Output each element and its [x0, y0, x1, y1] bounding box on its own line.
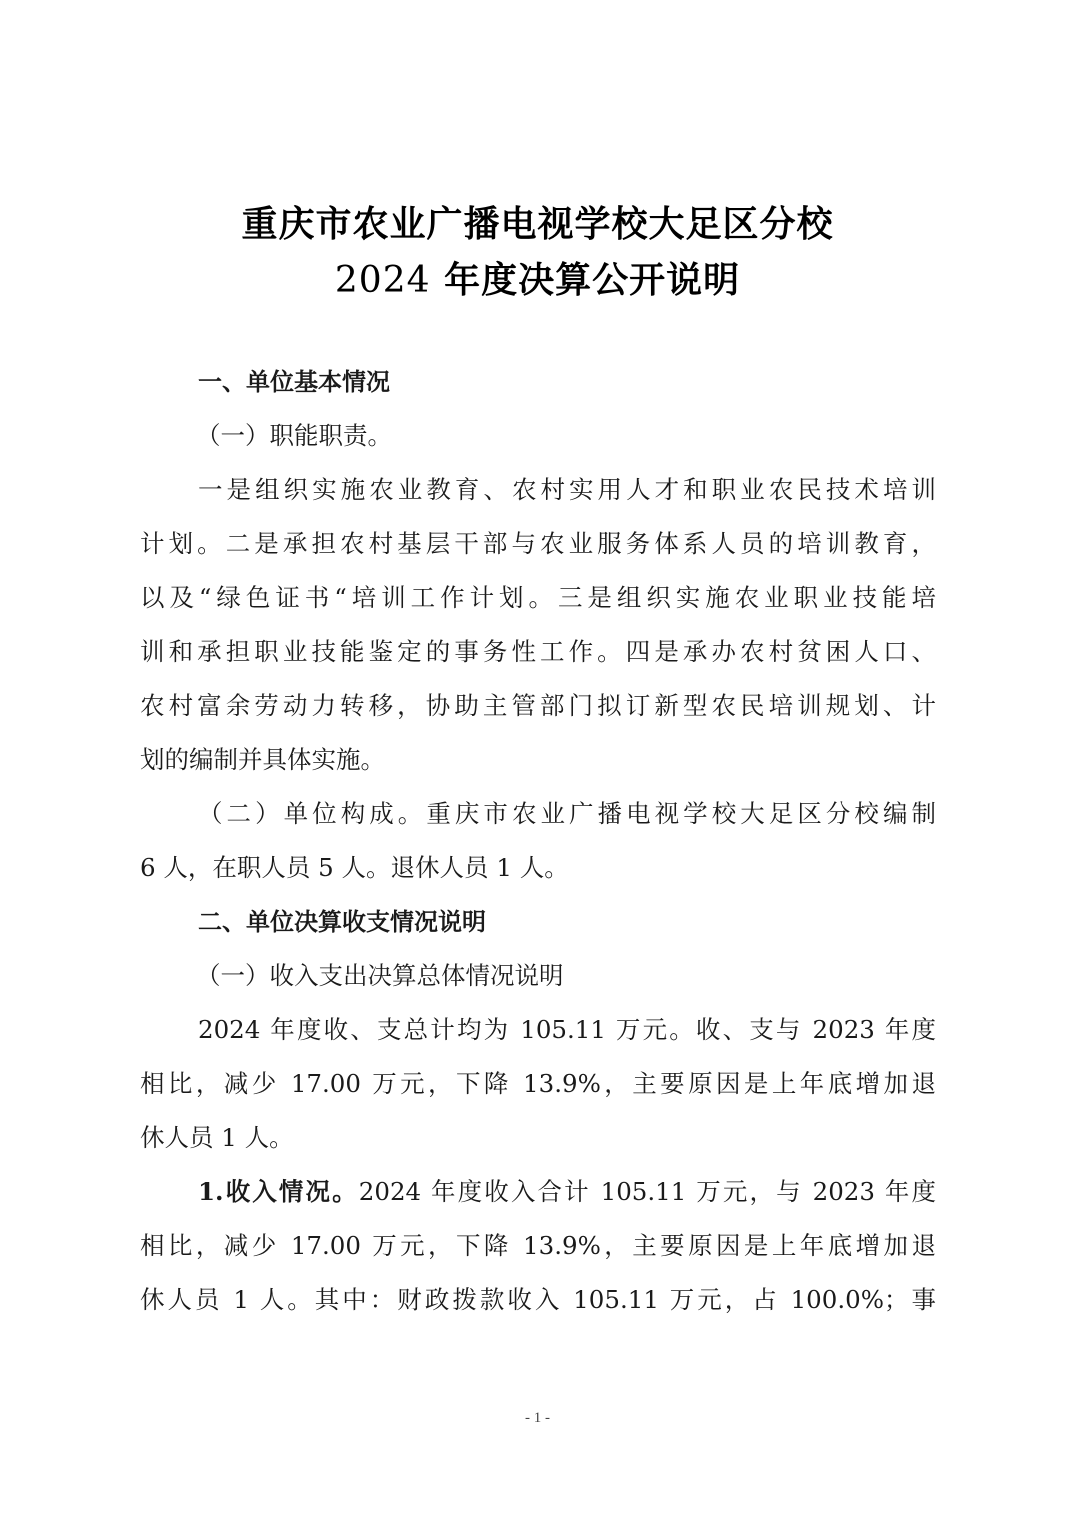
paragraph-line: 休人员 1 人。其中：财政拨款收入 105.11 万元，占 100.0%；事	[140, 1284, 936, 1316]
section-heading-basic-info: 一、单位基本情况	[198, 366, 936, 398]
paragraph-line: 休人员 1 人。	[140, 1122, 936, 1154]
paragraph-line: 6 人，在职人员 5 人。退休人员 1 人。	[140, 852, 936, 884]
paragraph-line: 训和承担职业技能鉴定的事务性工作。四是承办农村贫困人口、	[140, 636, 936, 668]
document-title-line1: 重庆市农业广播电视学校大足区分校	[0, 196, 1075, 247]
income-text: 2024 年度收入合计 105.11 万元，与 2023 年度	[359, 1177, 936, 1206]
paragraph-line: 相比，减少 17.00 万元，下降 13.9%，主要原因是上年底增加退	[140, 1230, 936, 1262]
title-rest: 年度决算公开说明	[431, 259, 741, 301]
subheading-overall: （一）收入支出决算总体情况说明	[196, 960, 934, 992]
title-year: 2024	[335, 260, 431, 301]
paragraph-line: 2024 年度收、支总计均为 105.11 万元。收、支与 2023 年度	[198, 1014, 936, 1046]
document-title-line2: 2024 年度决算公开说明	[0, 252, 1075, 303]
section-heading-budget: 二、单位决算收支情况说明	[198, 906, 936, 938]
document-page: 重庆市农业广播电视学校大足区分校 2024 年度决算公开说明 一、单位基本情况 …	[0, 0, 1075, 1520]
paragraph-line: 农村富余劳动力转移，协助主管部门拟订新型农民培训规划、计	[140, 690, 936, 722]
paragraph-line: 以及“绿色证书“培训工作计划。三是组织实施农业职业技能培	[140, 582, 936, 614]
paragraph-line: 划的编制并具体实施。	[140, 744, 936, 776]
subheading-functions: （一）职能职责。	[196, 420, 934, 452]
income-lead: 1.收入情况。	[198, 1177, 359, 1206]
paragraph-line: 计划。二是承担农村基层干部与农业服务体系人员的培训教育，	[140, 528, 936, 560]
paragraph-line-unit-composition: （二）单位构成。重庆市农业广播电视学校大足区分校编制	[198, 798, 936, 830]
paragraph-line: 相比，减少 17.00 万元，下降 13.9%，主要原因是上年底增加退	[140, 1068, 936, 1100]
page-number: - 1 -	[0, 1410, 1075, 1427]
paragraph-line: 一是组织实施农业教育、农村实用人才和职业农民技术培训	[198, 474, 936, 506]
paragraph-line-income: 1.收入情况。2024 年度收入合计 105.11 万元，与 2023 年度	[198, 1176, 936, 1208]
